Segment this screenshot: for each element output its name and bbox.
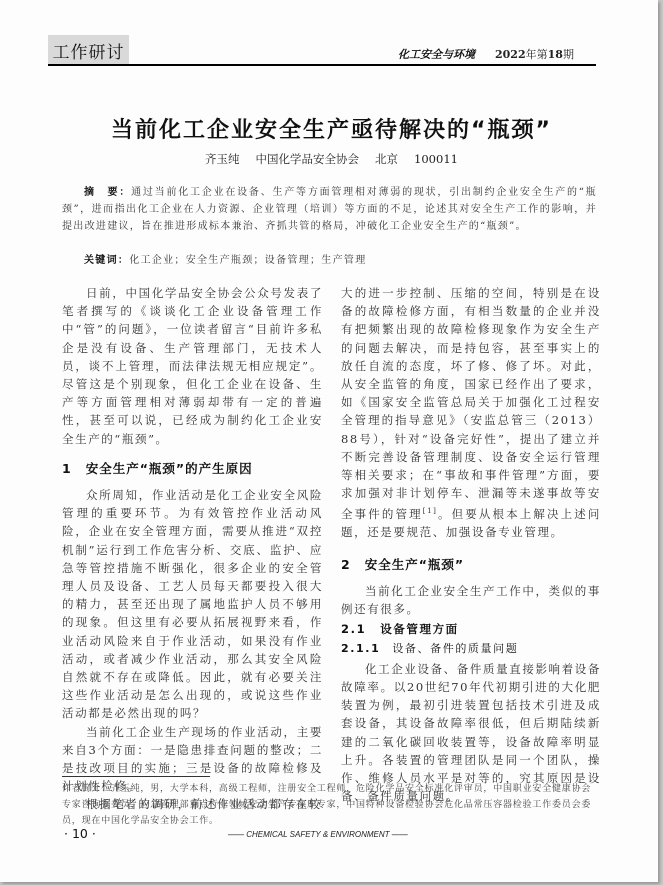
issue-label: 2022年第18期: [495, 46, 574, 62]
section-2-paragraph-1: 当前化工企业安全生产工作中，类似的事例还有很多。: [341, 582, 601, 618]
issue-number: 18: [548, 48, 563, 61]
paper-page: 工作研讨 化工安全与环境 2022年第18期 当前化工企业安全生产亟待解决的“瓶…: [0, 0, 658, 882]
author-city: 北京: [375, 152, 398, 166]
author-bio-footnote: 作者简介：齐玉纯，男，大学本科，高级工程师，注册安全工程师，危险化学品安全标准化…: [62, 781, 597, 829]
keywords: 关键词：化工企业；安全生产瓶颈；设备管理；生产管理: [62, 252, 597, 269]
byline: 齐玉纯中国化学品安全协会北京100011: [0, 151, 663, 167]
issue-mid: 年第: [526, 48, 548, 61]
section-2-heading: 2安全生产“瓶颈”: [341, 556, 601, 574]
section-2-1-1-heading: 2.1.1设备、备件的质量问题: [341, 640, 601, 658]
keywords-label: 关键词：: [84, 255, 129, 266]
abstract-text: 通过当前化工企业在设备、生产等方面管理相对薄弱的现状，引出制约企业安全生产的“瓶…: [62, 187, 597, 232]
issue-suffix: 期: [563, 48, 574, 61]
footer-journal-name: —— CHEMICAL SAFETY & ENVIRONMENT ——: [228, 830, 408, 839]
article-title: 当前化工企业安全生产亟待解决的“瓶颈”: [0, 113, 663, 144]
citation-ref: [1]: [423, 507, 438, 515]
section-1-paragraph-1: 众所周知，作业活动是化工企业安全风险管理的重要环节。为有效管控作业活动风险，企业…: [62, 486, 323, 723]
footnote-rule: [62, 776, 210, 777]
page-number: · 10 ·: [64, 826, 96, 841]
keywords-text: 化工企业；安全生产瓶颈；设备管理；生产管理: [129, 255, 366, 266]
section-1-paragraph-3-cont: 大的进一步控制、压缩的空间，特别是在设备的故障检修方面，有相当数量的企业并没有把…: [341, 284, 601, 542]
author-name: 齐玉纯: [205, 152, 240, 166]
author-postcode: 100011: [414, 152, 458, 166]
section-2-1-heading: 2.1设备管理方面: [341, 620, 601, 638]
section-1-heading: 1安全生产“瓶颈”的产生原因: [62, 460, 323, 478]
intro-paragraph: 日前，中国化学品安全协会公众号发表了笔者撰写的《谈谈化工企业设备管理工作中“管”…: [62, 284, 323, 448]
left-column: 日前，中国化学品安全协会公众号发表了笔者撰写的《谈谈化工企业设备管理工作中“管”…: [62, 284, 323, 814]
right-column: 大的进一步控制、压缩的空间，特别是在设备的故障检修方面，有相当数量的企业并没有把…: [341, 284, 601, 805]
journal-name: 化工安全与环境: [398, 46, 475, 62]
header-rule: [48, 64, 596, 66]
abstract: 摘 要：通过当前化工企业在设备、生产等方面管理相对薄弱的现状，引出制约企业安全生…: [62, 184, 597, 235]
abstract-label: 摘 要：: [84, 187, 131, 198]
author-affiliation: 中国化学品安全协会: [256, 152, 360, 166]
issue-year: 2022: [495, 48, 526, 61]
section-tab: 工作研讨: [48, 35, 129, 65]
